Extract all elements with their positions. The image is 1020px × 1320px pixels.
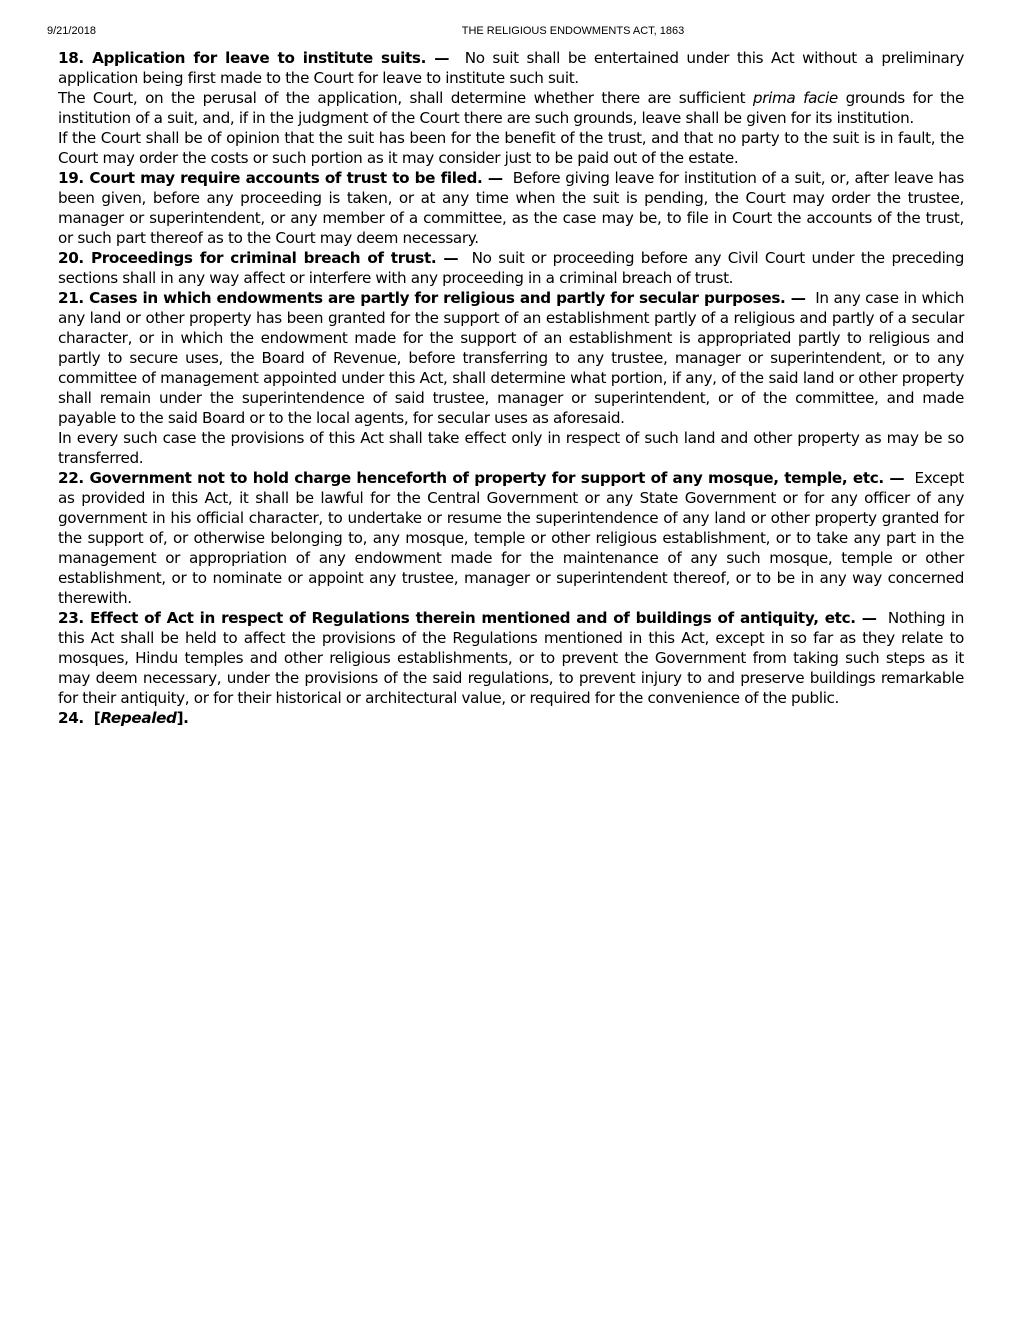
section-21-para-2: In every such case the provisions of thi… xyxy=(58,428,964,468)
document-title: THE RELIGIOUS ENDOWMENTS ACT, 1863 xyxy=(0,25,1020,37)
repealed-label: Repealed xyxy=(100,709,176,727)
section-heading: 20. Proceedings for criminal breach of t… xyxy=(58,249,458,267)
section-24: 24. [Repealed]. xyxy=(58,708,964,728)
section-18: 18. Application for leave to institute s… xyxy=(58,48,964,88)
document-body: 18. Application for leave to institute s… xyxy=(58,48,964,728)
latin-term: prima facie xyxy=(753,89,838,107)
section-21: 21. Cases in which endowments are partly… xyxy=(58,288,964,428)
section-22: 22. Government not to hold charge hencef… xyxy=(58,468,964,608)
section-heading: 21. Cases in which endowments are partly… xyxy=(58,289,806,307)
section-20: 20. Proceedings for criminal breach of t… xyxy=(58,248,964,288)
page-header: 9/21/2018 THE RELIGIOUS ENDOWMENTS ACT, … xyxy=(0,25,1020,39)
section-text: In any case in which any land or other p… xyxy=(58,289,964,427)
section-18-para-2: The Court, on the perusal of the applica… xyxy=(58,88,964,128)
section-heading: 18. Application for leave to institute s… xyxy=(58,49,449,67)
section-18-para-3: If the Court shall be of opinion that th… xyxy=(58,128,964,168)
section-19: 19. Court may require accounts of trust … xyxy=(58,168,964,248)
section-heading: 19. Court may require accounts of trust … xyxy=(58,169,503,187)
section-heading: 24. [Repealed]. xyxy=(58,709,189,727)
section-23: 23. Effect of Act in respect of Regulati… xyxy=(58,608,964,708)
section-heading: 22. Government not to hold charge hencef… xyxy=(58,469,904,487)
section-heading: 23. Effect of Act in respect of Regulati… xyxy=(58,609,877,627)
section-text: Except as provided in this Act, it shall… xyxy=(58,469,964,607)
